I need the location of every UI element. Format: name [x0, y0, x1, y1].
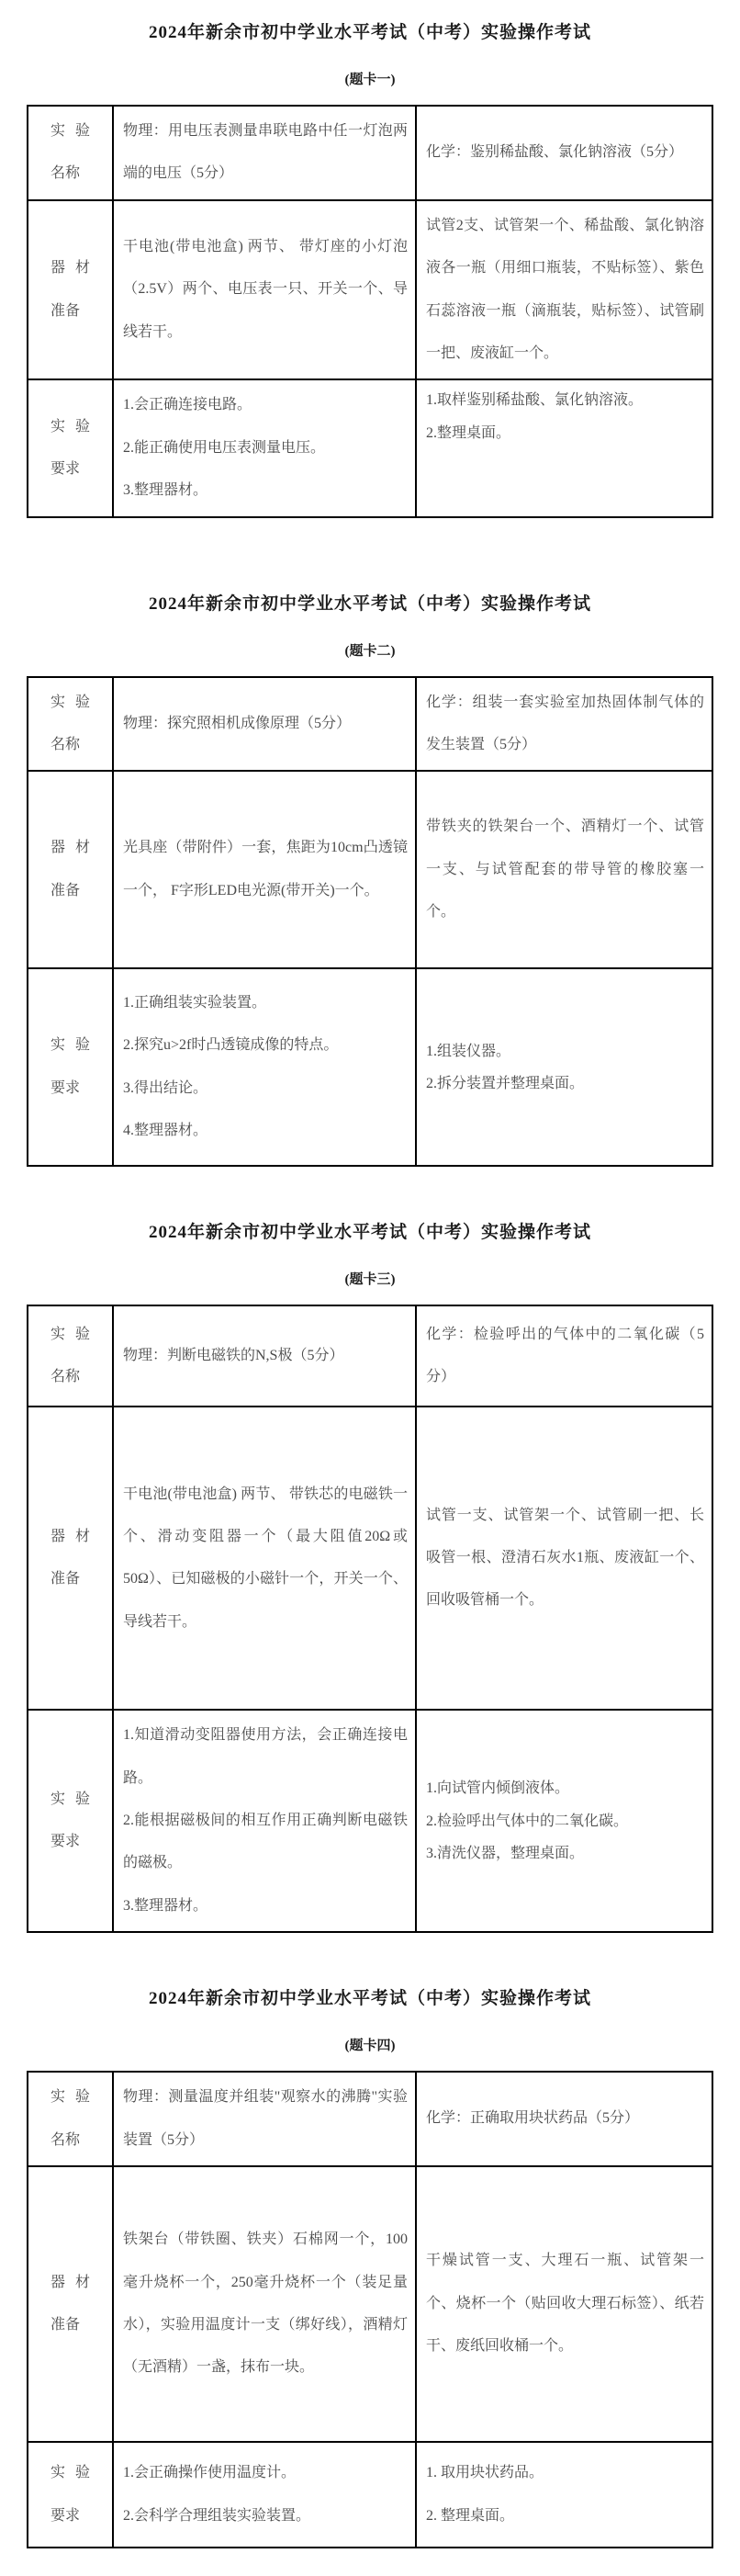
card-subtitle: (题卡二)	[0, 640, 740, 660]
requirement-item: 3.整理器材。	[123, 1885, 408, 1927]
chemistry-equipment-cell: 干燥试管一支、大理石一瓶、试管架一个、烧杯一个（贴回收大理石标签）、纸若干、废纸…	[416, 2166, 712, 2442]
row-label-experiment-name: 实验名称	[28, 1305, 113, 1407]
page-title: 2024年新余市初中学业水平考试（中考）实验操作考试	[0, 1218, 740, 1243]
row-label-requirements: 实验要求	[28, 379, 113, 516]
exam-card-section-4: 2024年新余市初中学业水平考试（中考）实验操作考试 (题卡四) 实验名称 物理…	[0, 1933, 740, 2548]
requirement-item: 2.能根据磁极间的相互作用正确判断电磁铁的磁极。	[123, 1800, 408, 1885]
row-label-experiment-name: 实验名称	[28, 2072, 113, 2166]
requirement-item: 1.取样鉴别稀盐酸、氯化钠溶液。	[426, 384, 704, 416]
row-label-equipment: 器材准备	[28, 200, 113, 380]
table-row-equipment: 器材准备 干电池(带电池盒) 两节、 带灯座的小灯泡（2.5V）两个、电压表一只…	[28, 200, 712, 380]
chemistry-equipment-cell: 试管一支、试管架一个、试管刷一把、长吸管一根、澄清石灰水1瓶、废液缸一个、回收吸…	[416, 1407, 712, 1710]
requirement-item: 4.整理器材。	[123, 1110, 408, 1152]
exam-card-section-1: 2024年新余市初中学业水平考试（中考）实验操作考试 (题卡一) 实验名称 物理…	[0, 0, 740, 518]
page-title: 2024年新余市初中学业水平考试（中考）实验操作考试	[0, 590, 740, 615]
physics-name-cell: 物理：判断电磁铁的N,S极（5分）	[113, 1305, 416, 1407]
table-row-experiment-name: 实验名称 物理：判断电磁铁的N,S极（5分） 化学：检验呼出的气体中的二氧化碳（…	[28, 1305, 712, 1407]
table-row-experiment-name: 实验名称 物理：测量温度并组装"观察水的沸腾"实验装置（5分） 化学：正确取用块…	[28, 2072, 712, 2166]
page-title: 2024年新余市初中学业水平考试（中考）实验操作考试	[0, 18, 740, 43]
requirement-item: 2.整理桌面。	[426, 417, 704, 449]
physics-name-cell: 物理：用电压表测量串联电路中任一灯泡两端的电压（5分）	[113, 106, 416, 200]
physics-requirements-cell: 1.会正确连接电路。 2.能正确使用电压表测量电压。 3.整理器材。	[113, 379, 416, 516]
chemistry-name-cell: 化学：鉴别稀盐酸、氯化钠溶液（5分）	[416, 106, 712, 200]
requirement-item: 1. 取用块状药品。	[426, 2452, 704, 2494]
exam-table-3: 实验名称 物理：判断电磁铁的N,S极（5分） 化学：检验呼出的气体中的二氧化碳（…	[27, 1305, 713, 1933]
chemistry-requirements-cell: 1.取样鉴别稀盐酸、氯化钠溶液。 2.整理桌面。	[416, 379, 712, 516]
physics-equipment-cell: 干电池(带电池盒) 两节、 带铁芯的电磁铁一个、滑动变阻器一个（最大阻值20Ω或…	[113, 1407, 416, 1710]
table-row-equipment: 器材准备 铁架台（带铁圈、铁夹）石棉网一个，100毫升烧杯一个，250毫升烧杯一…	[28, 2166, 712, 2442]
physics-equipment-cell: 光具座（带附件）一套，焦距为10cm凸透镜一个， F字形LED电光源(带开关)一…	[113, 771, 416, 968]
physics-equipment-cell: 铁架台（带铁圈、铁夹）石棉网一个，100毫升烧杯一个，250毫升烧杯一个（装足量…	[113, 2166, 416, 2442]
physics-name-cell: 物理：探究照相机成像原理（5分）	[113, 677, 416, 772]
row-label-requirements: 实验要求	[28, 1710, 113, 1932]
requirement-item: 2.检验呼出气体中的二氧化碳。	[426, 1805, 704, 1837]
requirement-item: 1.正确组装实验装置。	[123, 982, 408, 1024]
requirement-item: 1.会正确操作使用温度计。	[123, 2452, 408, 2494]
table-row-experiment-name: 实验名称 物理：探究照相机成像原理（5分） 化学：组装一套实验室加热固体制气体的…	[28, 677, 712, 772]
row-label-experiment-name: 实验名称	[28, 677, 113, 772]
requirement-item: 3.清洗仪器，整理桌面。	[426, 1837, 704, 1870]
document-page: 2024年新余市初中学业水平考试（中考）实验操作考试 (题卡一) 实验名称 物理…	[0, 0, 740, 2576]
chemistry-name-cell: 化学：正确取用块状药品（5分）	[416, 2072, 712, 2166]
row-label-requirements: 实验要求	[28, 2442, 113, 2548]
card-subtitle: (题卡一)	[0, 69, 740, 88]
physics-equipment-cell: 干电池(带电池盒) 两节、 带灯座的小灯泡（2.5V）两个、电压表一只、开关一个…	[113, 200, 416, 380]
physics-name-cell: 物理：测量温度并组装"观察水的沸腾"实验装置（5分）	[113, 2072, 416, 2166]
requirement-item: 1.向试管内倾倒液体。	[426, 1772, 704, 1804]
physics-requirements-cell: 1.会正确操作使用温度计。 2.会科学合理组装实验装置。	[113, 2442, 416, 2548]
requirement-item: 3.得出结论。	[123, 1068, 408, 1110]
table-row-experiment-name: 实验名称 物理：用电压表测量串联电路中任一灯泡两端的电压（5分） 化学：鉴别稀盐…	[28, 106, 712, 200]
table-row-requirements: 实验要求 1.知道滑动变阻器使用方法，会正确连接电路。 2.能根据磁极间的相互作…	[28, 1710, 712, 1932]
physics-requirements-cell: 1.正确组装实验装置。 2.探究u>2f时凸透镜成像的特点。 3.得出结论。 4…	[113, 968, 416, 1166]
table-row-requirements: 实验要求 1.正确组装实验装置。 2.探究u>2f时凸透镜成像的特点。 3.得出…	[28, 968, 712, 1166]
exam-table-1: 实验名称 物理：用电压表测量串联电路中任一灯泡两端的电压（5分） 化学：鉴别稀盐…	[27, 105, 713, 518]
row-label-equipment: 器材准备	[28, 1407, 113, 1710]
table-row-equipment: 器材准备 光具座（带附件）一套，焦距为10cm凸透镜一个， F字形LED电光源(…	[28, 771, 712, 968]
requirement-item: 2.会科学合理组装实验装置。	[123, 2495, 408, 2537]
requirement-item: 1.会正确连接电路。	[123, 384, 408, 426]
chemistry-requirements-cell: 1.组装仪器。 2.拆分装置并整理桌面。	[416, 968, 712, 1166]
table-row-requirements: 实验要求 1.会正确操作使用温度计。 2.会科学合理组装实验装置。 1. 取用块…	[28, 2442, 712, 2548]
row-label-equipment: 器材准备	[28, 771, 113, 968]
page-title: 2024年新余市初中学业水平考试（中考）实验操作考试	[0, 1984, 740, 2009]
requirement-item: 1.组装仪器。	[426, 1035, 704, 1068]
row-label-requirements: 实验要求	[28, 968, 113, 1166]
exam-card-section-2: 2024年新余市初中学业水平考试（中考）实验操作考试 (题卡二) 实验名称 物理…	[0, 518, 740, 1168]
table-row-equipment: 器材准备 干电池(带电池盒) 两节、 带铁芯的电磁铁一个、滑动变阻器一个（最大阻…	[28, 1407, 712, 1710]
chemistry-equipment-cell: 试管2支、试管架一个、稀盐酸、氯化钠溶液各一瓶（用细口瓶装，不贴标签）、紫色石蕊…	[416, 200, 712, 380]
card-subtitle: (题卡四)	[0, 2035, 740, 2054]
requirement-item: 3.整理器材。	[123, 469, 408, 512]
exam-table-2: 实验名称 物理：探究照相机成像原理（5分） 化学：组装一套实验室加热固体制气体的…	[27, 676, 713, 1168]
chemistry-equipment-cell: 带铁夹的铁架台一个、酒精灯一个、试管一支、与试管配套的带导管的橡胶塞一个。	[416, 771, 712, 968]
row-label-experiment-name: 实验名称	[28, 106, 113, 200]
chemistry-name-cell: 化学：组装一套实验室加热固体制气体的发生装置（5分）	[416, 677, 712, 772]
requirement-item: 1.知道滑动变阻器使用方法，会正确连接电路。	[123, 1714, 408, 1800]
card-subtitle: (题卡三)	[0, 1269, 740, 1288]
requirement-item: 2.能正确使用电压表测量电压。	[123, 427, 408, 469]
exam-table-4: 实验名称 物理：测量温度并组装"观察水的沸腾"实验装置（5分） 化学：正确取用块…	[27, 2071, 713, 2548]
chemistry-requirements-cell: 1.向试管内倾倒液体。 2.检验呼出气体中的二氧化碳。 3.清洗仪器，整理桌面。	[416, 1710, 712, 1932]
exam-card-section-3: 2024年新余市初中学业水平考试（中考）实验操作考试 (题卡三) 实验名称 物理…	[0, 1167, 740, 1933]
requirement-item: 2.拆分装置并整理桌面。	[426, 1068, 704, 1100]
table-row-requirements: 实验要求 1.会正确连接电路。 2.能正确使用电压表测量电压。 3.整理器材。 …	[28, 379, 712, 516]
chemistry-requirements-cell: 1. 取用块状药品。 2. 整理桌面。	[416, 2442, 712, 2548]
physics-requirements-cell: 1.知道滑动变阻器使用方法，会正确连接电路。 2.能根据磁极间的相互作用正确判断…	[113, 1710, 416, 1932]
chemistry-name-cell: 化学：检验呼出的气体中的二氧化碳（5分）	[416, 1305, 712, 1407]
requirement-item: 2.探究u>2f时凸透镜成像的特点。	[123, 1024, 408, 1067]
row-label-equipment: 器材准备	[28, 2166, 113, 2442]
requirement-item: 2. 整理桌面。	[426, 2495, 704, 2537]
